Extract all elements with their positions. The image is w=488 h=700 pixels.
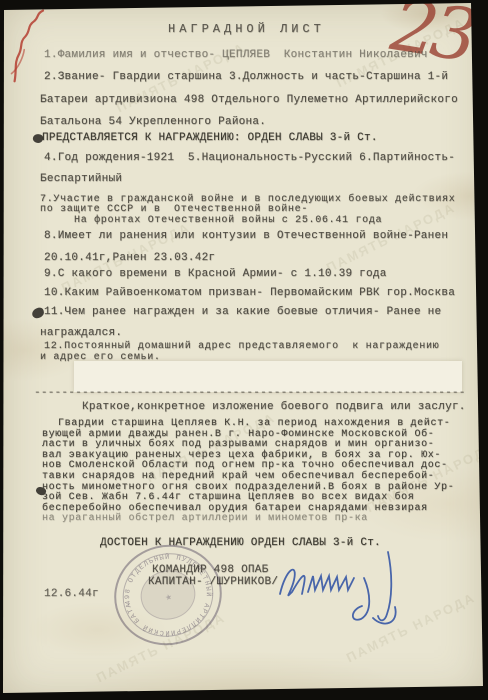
divider-dashes: ----------------------------------------… xyxy=(34,388,464,399)
field-birth-nationality: 4.Год рождения-1921 5.Национальность-Рус… xyxy=(44,153,455,164)
field-party-status: Беспартийный xyxy=(40,174,122,185)
field-rank-duty: Батальона 54 Укрепленного Района. xyxy=(40,117,266,128)
signature xyxy=(272,548,432,648)
citation-paragraph: Гвардии старшина Цепляев К.Н. за период … xyxy=(42,419,466,525)
field-rank-duty: 2.Звание- Гвардии старшина 3.Должность и… xyxy=(44,72,448,83)
document-page: ПАМЯТЬ НАРОДА ПАМЯТЬ НАРОДА ПАМЯТЬ НАРОД… xyxy=(0,0,488,700)
field-recommended-award: ПРЕДСТАВЛЯЕТСЯ К НАГРАЖДЕНИЮ: ОРДЕН СЛАВ… xyxy=(42,133,378,144)
ink-blot xyxy=(31,307,45,320)
field-army-since: 9.С какого времени в Красной Армии- с 1.… xyxy=(44,269,387,280)
date-note: 12.6.44г xyxy=(44,589,99,600)
citation-line: на ураганный обстрел артиллерии и миноме… xyxy=(42,514,466,525)
page-title: НАГРАДНОЙ ЛИСТ xyxy=(168,24,325,35)
field-rank-duty: Батареи артдивизиона 498 Отдельного Пуле… xyxy=(40,95,458,106)
field-front-since: На фронтах Отечественной войны с 25.06.4… xyxy=(74,215,382,226)
citation-line: Гвардии старшина Цепляев К.Н. за период … xyxy=(42,419,466,430)
field-drafted-by: 10.Каким Райвоенкоматом призван- Первома… xyxy=(44,288,455,299)
official-stamp: ★ 498 ОТДЕЛЬНЫЙ ПУЛЕМЕТНЫЙ АРТИЛЛЕРИЙСКИ… xyxy=(101,530,235,660)
field-wounds: 20.10.41г,Ранен 23.03.42г xyxy=(44,253,215,264)
field-prior-awards: 11.Чем ранее награжден и за какие боевые… xyxy=(44,307,441,318)
field-prior-awards: награждался. xyxy=(40,328,122,339)
field-wounds: 8.Имеет ли ранения или контузии в Отечес… xyxy=(44,231,448,242)
citation-line: тавки снарядов на передний край чем обес… xyxy=(42,472,466,483)
field-war-participation: по защите СССР и в Отечественной войне- xyxy=(40,204,308,215)
field-home-address: 12.Постоянный домашний адрес представляе… xyxy=(44,341,439,352)
citation-heading: Краткое,конкретное изложение боевого под… xyxy=(82,402,466,413)
red-pencil-page-number: 23 xyxy=(386,0,478,78)
field-name: 1.Фамилия имя и отчество- ЦЕПЛЯЕВ Конста… xyxy=(44,50,428,61)
scanned-award-document: ПАМЯТЬ НАРОДА ПАМЯТЬ НАРОДА ПАМЯТЬ НАРОД… xyxy=(0,0,488,700)
